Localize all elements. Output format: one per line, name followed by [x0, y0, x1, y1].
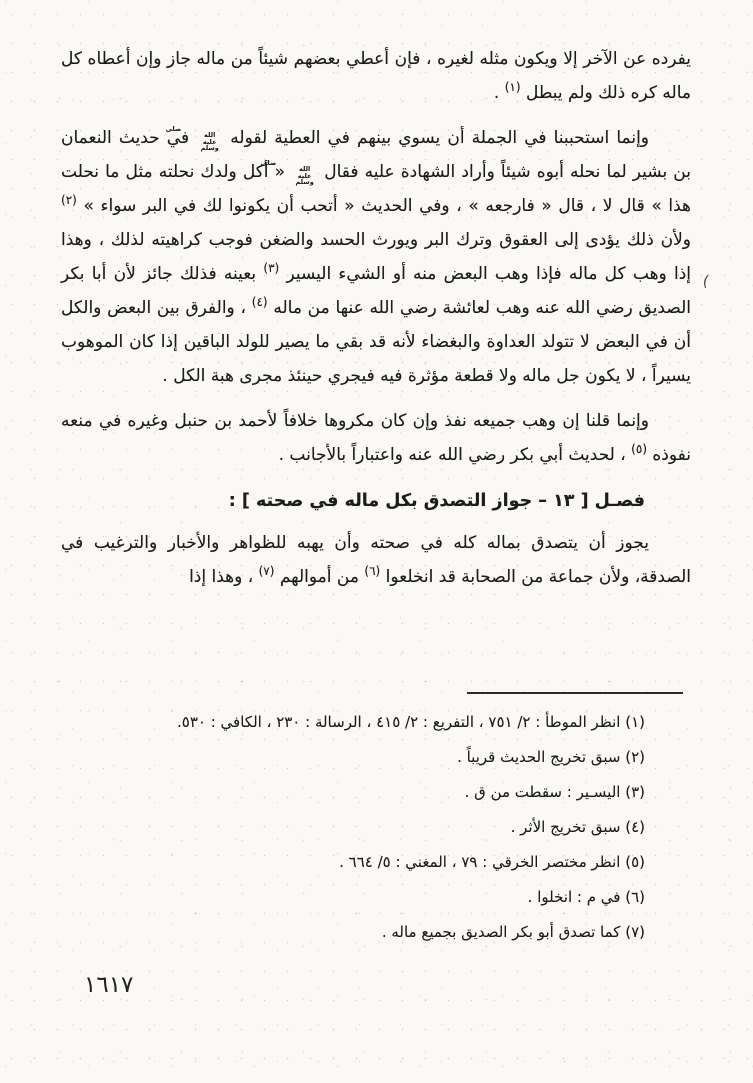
- footnote-marker: (١): [625, 713, 645, 731]
- footnotes-section: (١) انظر الموطأ : ٢/ ٧٥١ ، التفريع : ٢/ …: [61, 694, 691, 949]
- footnote-marker: (٥): [625, 853, 645, 871]
- footnote-marker: (٧): [625, 923, 645, 941]
- page-number: ١٦١٧: [84, 972, 133, 998]
- section-heading: فصـل [ ١٣ – جواز التصدق بكل ماله في صحته…: [61, 484, 691, 518]
- honorific-salla-allahu-alayhi-wasallam: صلى الله عليه وسلم: [196, 126, 223, 152]
- footnote-text: في م : انخلوا .: [528, 888, 621, 906]
- paragraph-text: يجوز أن يتصدق بماله كله في صحته وأن يهبه…: [61, 533, 691, 587]
- footnote-ref-6: (٦): [364, 564, 380, 578]
- footnote-ref-3: (٣): [263, 261, 279, 275]
- footnote-ref-4: (٤): [252, 295, 268, 309]
- paragraph-4: يجوز أن يتصدق بماله كله في صحته وأن يهبه…: [61, 526, 691, 594]
- footnote-text: كما تصدق أبو بكر الصديق بجميع ماله .: [382, 923, 621, 941]
- paragraph-text: من أموالهم: [274, 567, 364, 587]
- footnote-text: انظر الموطأ : ٢/ ٧٥١ ، التفريع : ٢/ ٤١٥ …: [177, 713, 620, 731]
- footnote-6: (٦) في م : انخلوا .: [61, 881, 645, 914]
- paragraph-text: .: [494, 83, 505, 103]
- footnote-2: (٢) سبق تخريج الحديث قريباً .: [61, 741, 645, 774]
- paragraph-1: يفرده عن الآخر إلا ويكون مثله لغيره ، فإ…: [61, 42, 691, 110]
- paragraph-text: ، وهذا إذا: [189, 567, 259, 587]
- footnote-5: (٥) انظر مختصر الخرقي : ٧٩ ، المغني : ٥/…: [61, 846, 645, 879]
- footnote-7: (٧) كما تصدق أبو بكر الصديق بجميع ماله .: [61, 916, 645, 949]
- footnote-marker: (٦): [625, 888, 645, 906]
- honorific-salla-allahu-alayhi-wasallam: صلى الله عليه وسلم: [291, 160, 318, 186]
- footnote-marker: (٢): [625, 748, 645, 766]
- footnote-3: (٣) اليسـير : سقطت من ق .: [61, 776, 645, 809]
- footnote-ref-5: (٥): [631, 442, 647, 456]
- footnote-ref-7: (٧): [259, 564, 275, 578]
- scanned-book-page: يفرده عن الآخر إلا ويكون مثله لغيره ، فإ…: [0, 0, 753, 1083]
- footnote-text: سبق تخريج الأثر .: [511, 818, 621, 836]
- footnote-marker: (٣): [625, 783, 645, 801]
- footnote-text: سبق تخريج الحديث قريباً .: [457, 748, 620, 766]
- page-body: يفرده عن الآخر إلا ويكون مثله لغيره ، فإ…: [61, 42, 691, 692]
- paragraph-text: يفرده عن الآخر إلا ويكون مثله لغيره ، فإ…: [61, 49, 691, 103]
- footnote-ref-1: (١): [505, 80, 521, 94]
- paragraph-2: وإنما استحببنا في الجملة أن يسوي بينهم ف…: [61, 121, 691, 393]
- footnote-ref-2: (٢): [61, 193, 77, 207]
- footnote-marker: (٤): [625, 818, 645, 836]
- scan-artifact: (: [701, 272, 710, 291]
- paragraph-text: ، لحديث أبي بكر رضي الله عنه واعتباراً ب…: [279, 445, 632, 465]
- footnote-text: اليسـير : سقطت من ق .: [465, 783, 621, 801]
- footnote-4: (٤) سبق تخريج الأثر .: [61, 811, 645, 844]
- paragraph-text: وإنما استحببنا في الجملة أن يسوي بينهم ف…: [223, 128, 649, 148]
- paragraph-3: وإنما قلنا إن وهب جميعه نفذ وإن كان مكرو…: [61, 404, 691, 472]
- footnote-1: (١) انظر الموطأ : ٢/ ٧٥١ ، التفريع : ٢/ …: [61, 706, 645, 739]
- footnote-text: انظر مختصر الخرقي : ٧٩ ، المغني : ٥/ ٦٦٤…: [339, 853, 620, 871]
